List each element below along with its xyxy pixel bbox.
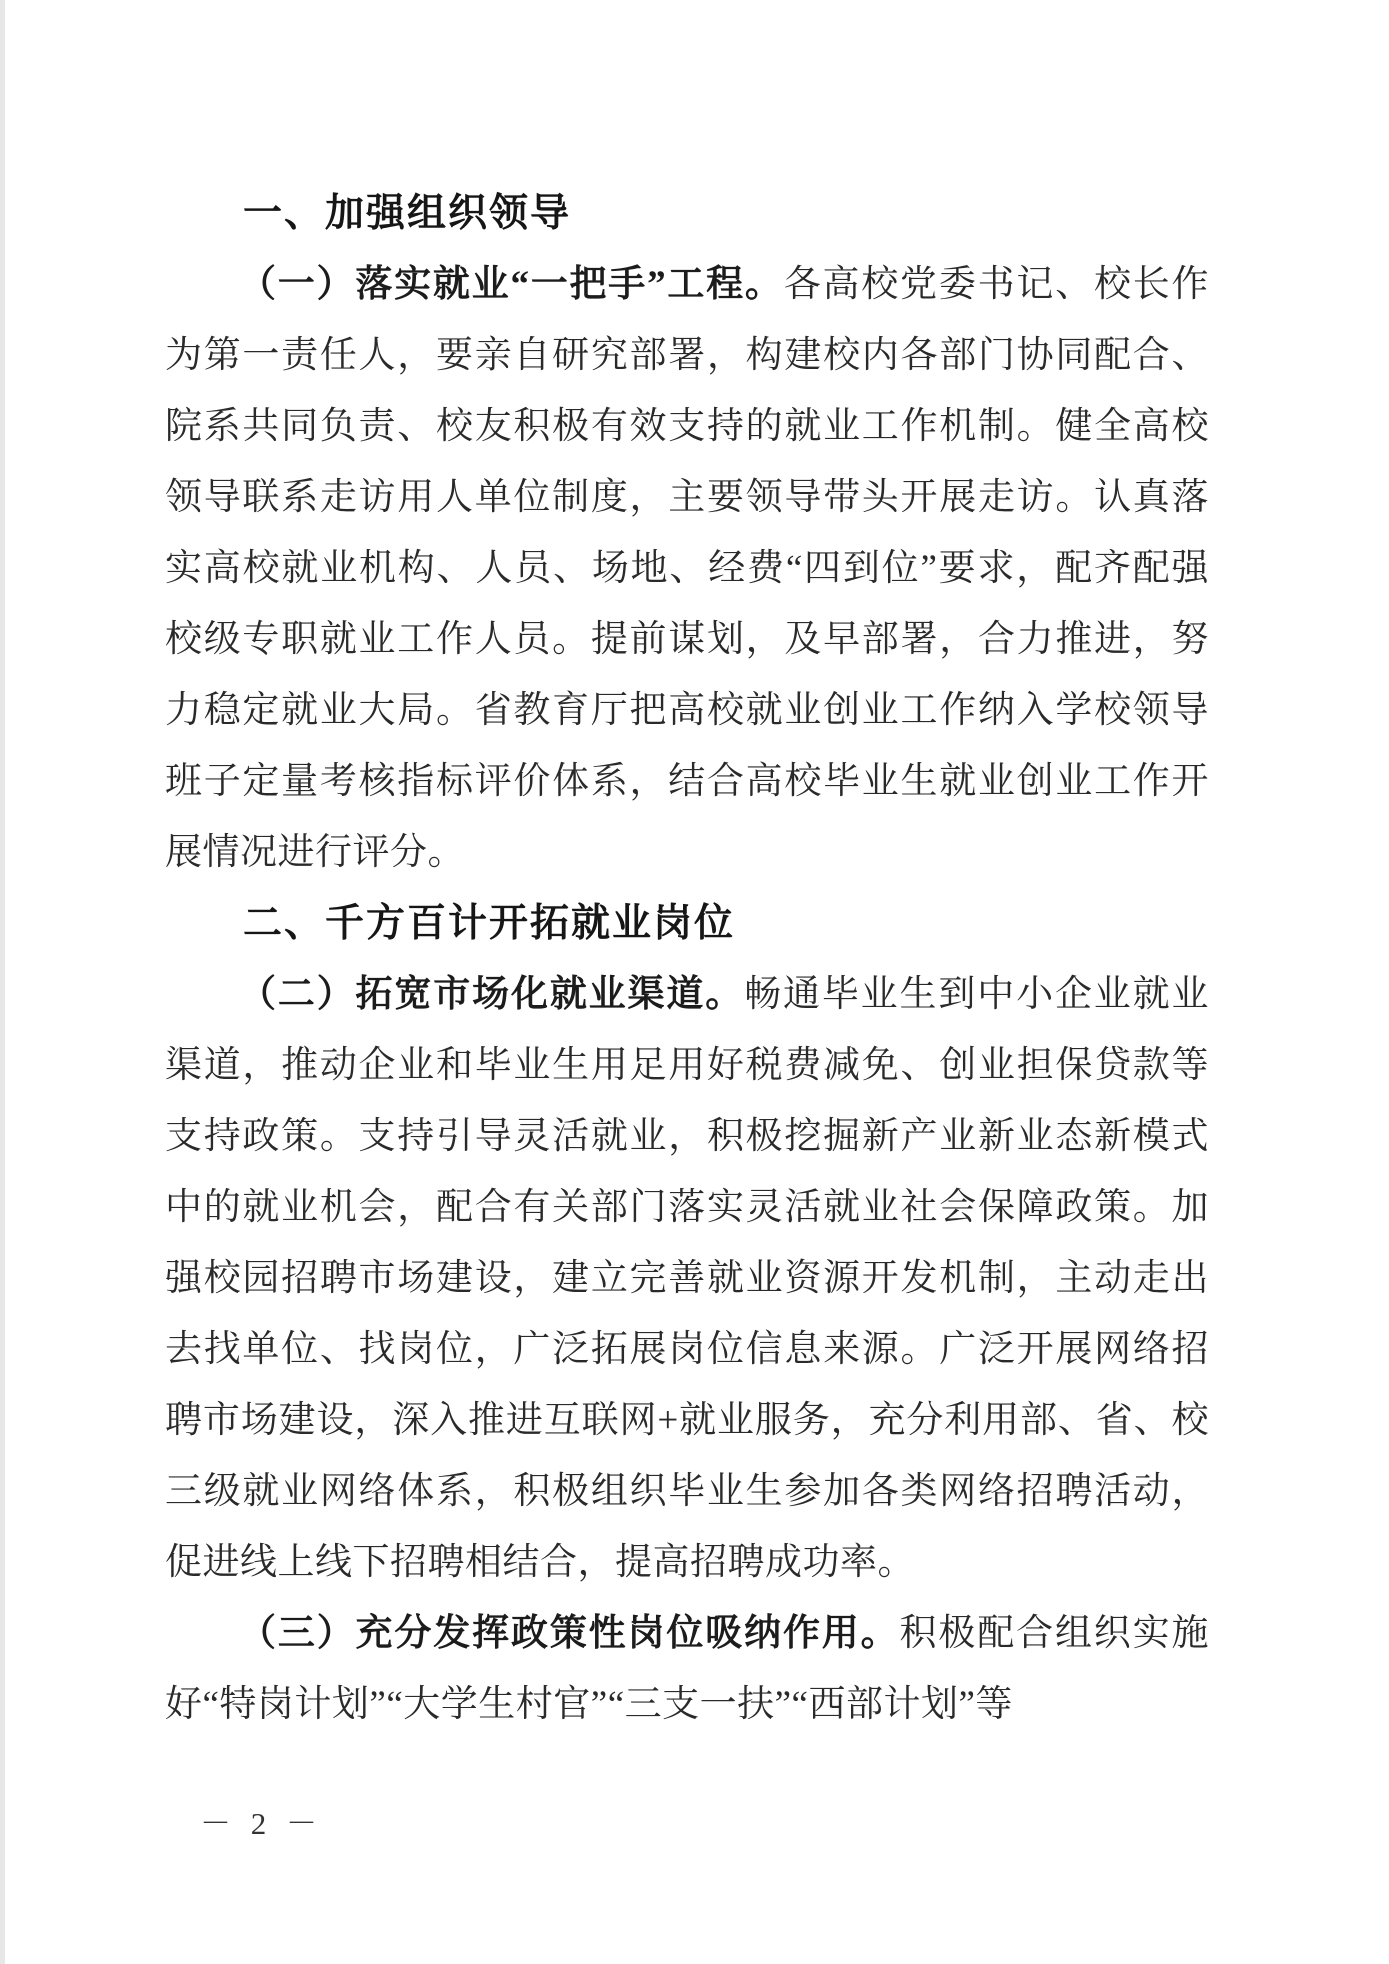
page-number: － 2 － [200, 1804, 323, 1844]
paragraph-1: （一）落实就业“一把手”工程。各高校党委书记、校长作为第一责任人，要亲自研究部署… [165, 249, 1209, 888]
paragraph-1-lead: （一）落实就业“一把手”工程。 [239, 264, 784, 305]
document-page: 一、加强组织领导 （一）落实就业“一把手”工程。各高校党委书记、校长作为第一责任… [165, 0, 1209, 1740]
paragraph-2-lead: （二）拓宽市场化就业渠道。 [239, 974, 744, 1015]
paragraph-3: （三）充分发挥政策性岗位吸纳作用。积极配合组织实施好“特岗计划”“大学生村官”“… [165, 1598, 1209, 1740]
page-left-edge [0, 0, 5, 1964]
paragraph-3-lead: （三）充分发挥政策性岗位吸纳作用。 [239, 1613, 900, 1654]
paragraph-1-body: 各高校党委书记、校长作为第一责任人，要亲自研究部署，构建校内各部门协同配合、院系… [165, 264, 1209, 873]
section-heading-2: 二、千方百计开拓就业岗位 [165, 888, 1209, 959]
paragraph-2-body: 畅通毕业生到中小企业就业渠道，推动企业和毕业生用足用好税费减免、创业担保贷款等支… [165, 974, 1209, 1583]
section-heading-1: 一、加强组织领导 [165, 178, 1209, 249]
paragraph-2: （二）拓宽市场化就业渠道。畅通毕业生到中小企业就业渠道，推动企业和毕业生用足用好… [165, 959, 1209, 1598]
